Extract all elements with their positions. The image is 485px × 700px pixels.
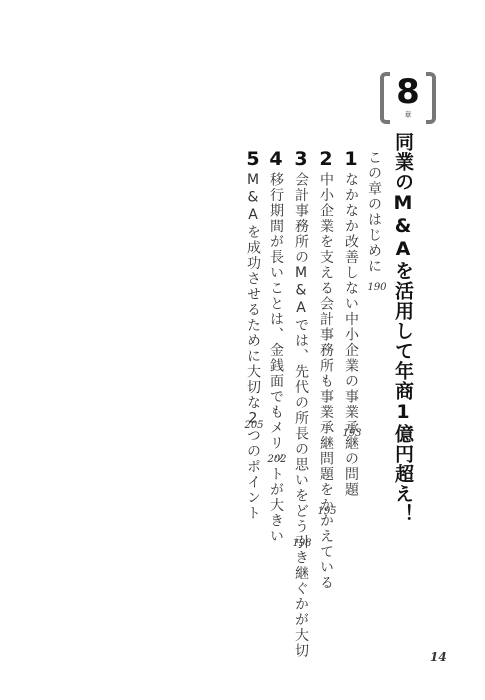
section-3-page: 198 (287, 538, 317, 549)
section-3-title[interactable]: 会計事務所のM&Aでは、先代の所長の思いをどう引き継ぐかが大切 (293, 172, 309, 659)
chapter-badge: 8 章 (380, 72, 436, 124)
section-2-page: 195 (312, 506, 342, 517)
intro-link[interactable]: この章のはじめに (366, 150, 382, 274)
chapter-title: 同業のM&Aを活用して年商1億円超え！ (392, 132, 414, 524)
section-1-title[interactable]: なかなか改善しない中小企業の事業承継の問題 (343, 172, 359, 498)
section-4-page: 202 (262, 454, 292, 465)
chapter-label: 章 (380, 110, 436, 120)
section-1-page: 193 (337, 428, 367, 439)
chapter-number: 8 (380, 74, 436, 110)
section-2-title[interactable]: 中小企業を支える会計事務所も事業承継問題をかかえている (318, 172, 334, 591)
section-1-number: 1 (342, 148, 360, 170)
section-5-page: 205 (239, 420, 269, 431)
section-5-title[interactable]: M&Aを成功させるために大切な2つのポイント (245, 172, 261, 521)
section-3-number: 3 (292, 148, 310, 170)
section-4-title[interactable]: 移行期間が長いことは、金銭面でもメリットが大きい (268, 172, 284, 544)
section-4-number: 4 (267, 148, 285, 170)
page-number: 14 (430, 650, 447, 664)
section-5-number: 5 (244, 148, 262, 170)
intro-page: 190 (362, 282, 392, 293)
section-2-number: 2 (317, 148, 335, 170)
